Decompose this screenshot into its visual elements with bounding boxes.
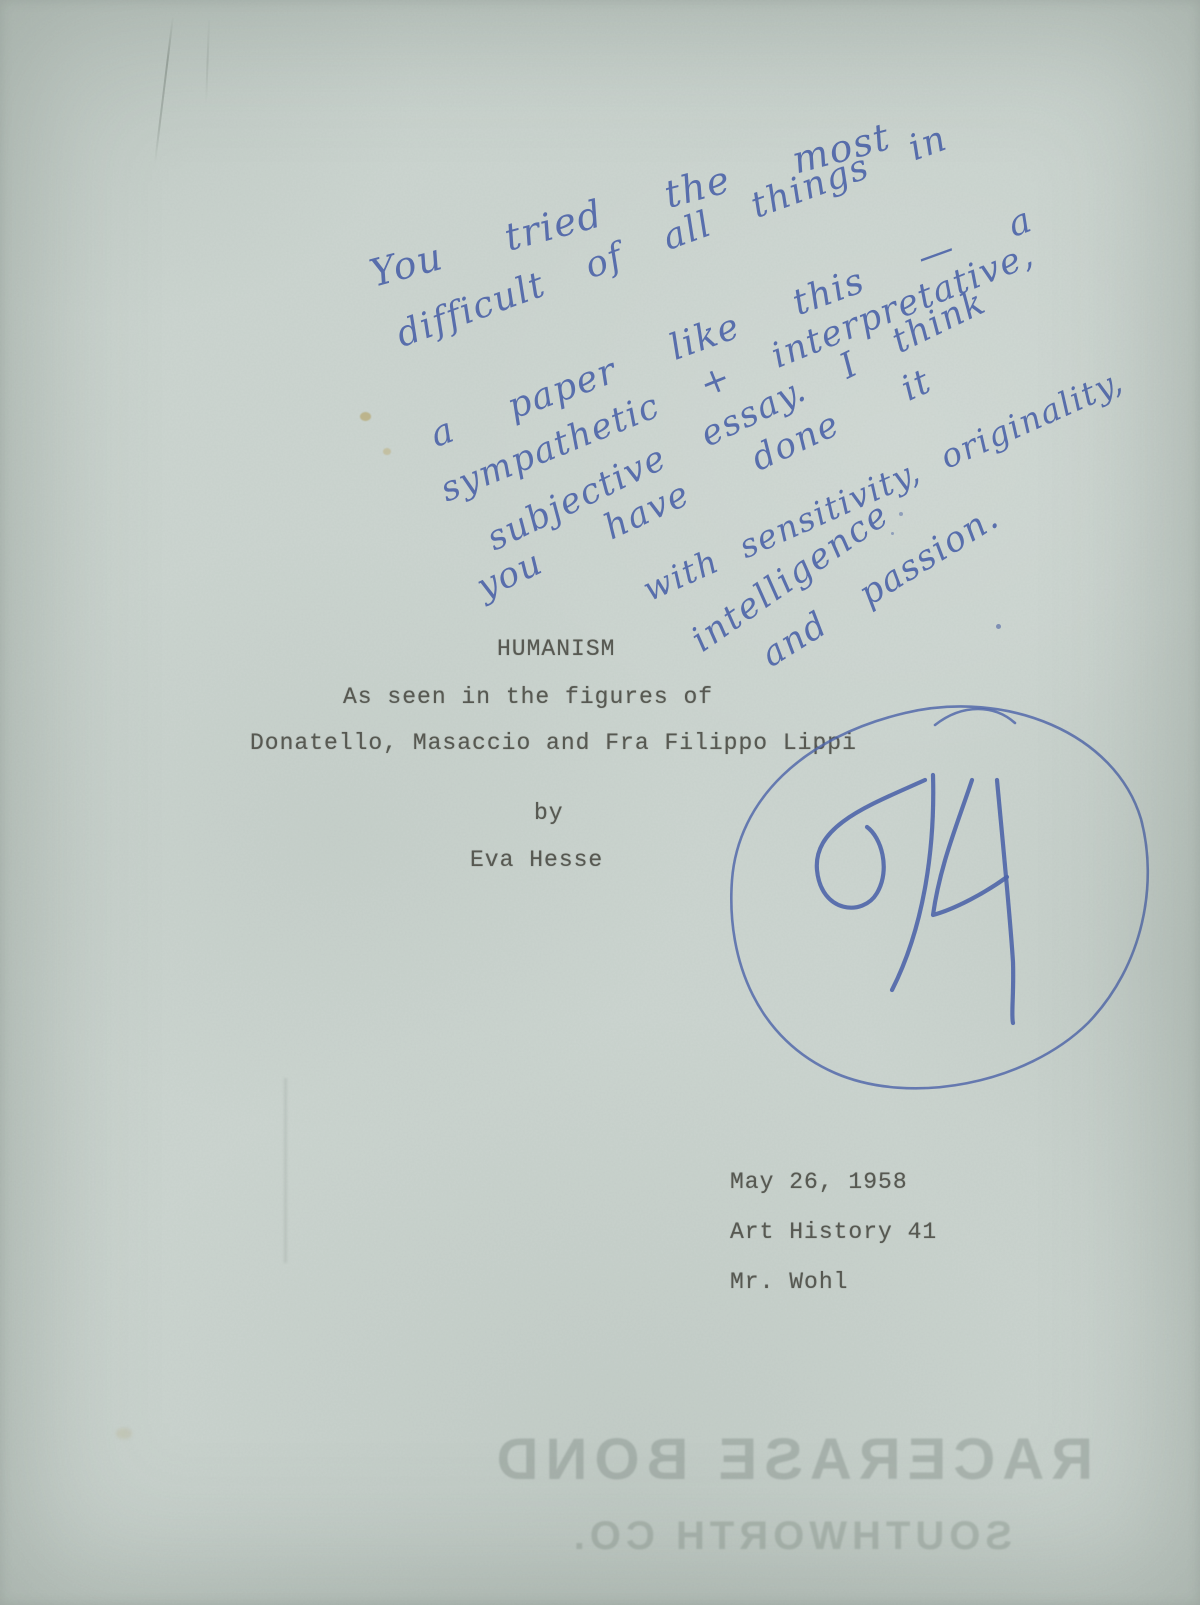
ink-dot [891,532,894,535]
ink-dot [996,624,1001,629]
grade-circle-ink [731,706,1147,1088]
paper-sheet: You tried the most difficult of all thin… [0,0,1200,1605]
typed-date: May 26, 1958 [730,1170,908,1195]
typed-author: Eva Hesse [470,848,603,873]
grade-digit-nine-loop [817,780,925,908]
grade-digit-nine-stem [892,775,933,990]
grade-digit-four-angle [933,780,1007,915]
ink-dot [899,512,903,516]
typed-artists-line: Donatello, Masaccio and Fra Filippo Lipp… [250,731,857,756]
grade-value: 94 [695,1115,696,1116]
grade-circle-curl-ink [935,709,1015,725]
stain-spot [383,448,391,455]
stain-spot [116,1428,132,1439]
stain-spot [360,412,371,421]
watermark-line1: RACERASE BOND [573,1426,1093,1493]
typed-instructor: Mr. Wohl [730,1270,848,1295]
paper-streak [284,1078,287,1263]
typed-title: HUMANISM [497,637,615,662]
typed-subtitle: As seen in the figures of [343,685,713,710]
grade-digit-four-stem [997,780,1013,1023]
fold-crease [154,16,174,163]
fold-crease [205,20,210,104]
typed-byline: by [534,801,564,826]
watermark-line2: SOUTHWORTH CO. [610,1514,1012,1559]
typed-course: Art History 41 [730,1220,937,1245]
